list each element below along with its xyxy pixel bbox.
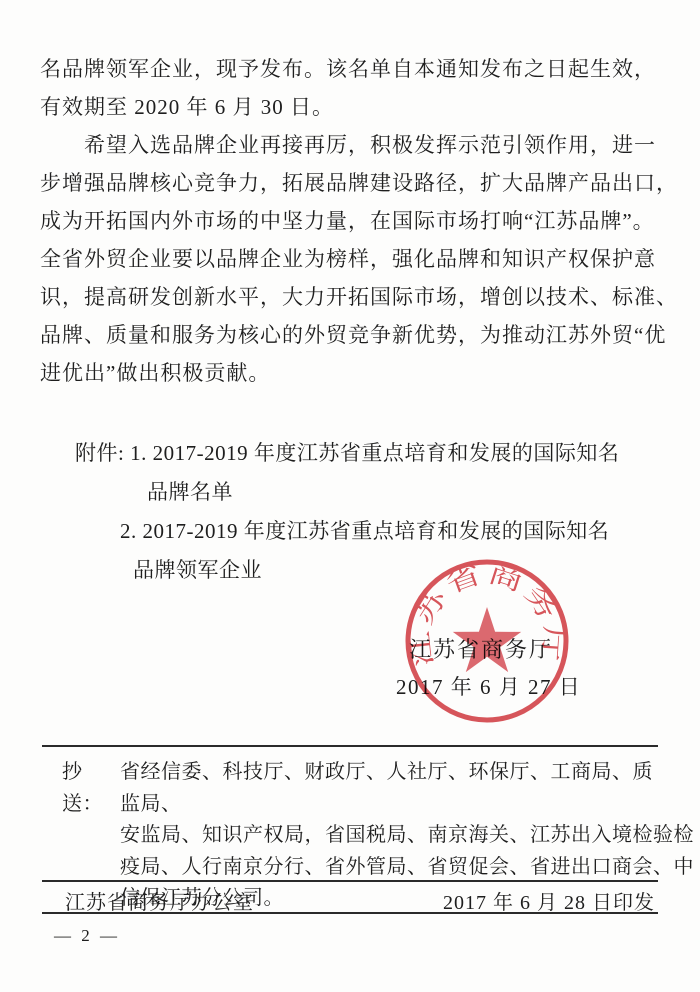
body-line: 品牌、质量和服务为核心的外贸竞争新优势，为推动江苏外贸“优 — [40, 316, 664, 354]
official-seal: 江苏省商务厅 — [399, 553, 577, 733]
attachment-line: 2. 2017-2019 年度江苏省重点培育和发展的国际知名 — [75, 512, 655, 551]
body-line: 名品牌领军企业，现予发布。该名单自本通知发布之日起生效， — [40, 50, 664, 88]
cc-line: 安监局、知识产权局，省国税局、南京海关、江苏出入境检验检 — [62, 820, 662, 852]
body-line: 步增强品牌核心竞争力，拓展品牌建设路径，扩大品牌产品出口， — [40, 164, 664, 202]
cc-label: 抄送： — [62, 757, 120, 820]
body-text: 名品牌领军企业，现予发布。该名单自本通知发布之日起生效， 有效期至 2020 年… — [40, 50, 664, 392]
star-icon — [453, 607, 521, 672]
body-line: 成为开拓国内外市场的中坚力量，在国际市场打响“江苏品牌”。 — [40, 202, 664, 240]
attachment-line: 品牌名单 — [75, 473, 655, 512]
print-date: 2017 年 6 月 28 日印发 — [443, 886, 655, 915]
divider-top — [42, 745, 658, 747]
issuing-office: 江苏省商务厅办公室 — [65, 886, 254, 915]
attachment-line: 附件: 1. 2017-2019 年度江苏省重点培育和发展的国际知名 — [75, 434, 655, 473]
footer-line: 江苏省商务厅办公室 2017 年 6 月 28 日印发 — [65, 886, 655, 915]
document-page: 名品牌领军企业，现予发布。该名单自本通知发布之日起生效， 有效期至 2020 年… — [0, 0, 700, 992]
body-line: 希望入选品牌企业再接再厉，积极发挥示范引领作用，进一 — [40, 126, 664, 164]
body-line: 识，提高研发创新水平，大力开拓国际市场，增创以技术、标准、 — [40, 278, 664, 316]
body-line: 有效期至 2020 年 6 月 30 日。 — [40, 88, 664, 126]
body-line: 全省外贸企业要以品牌企业为榜样，强化品牌和知识产权保护意 — [40, 240, 664, 278]
cc-line: 疫局、人行南京分行、省外管局、省贸促会、省进出口商会、中 — [62, 852, 662, 884]
cc-line: 省经信委、科技厅、财政厅、人社厅、环保厅、工商局、质监局、 — [120, 757, 662, 820]
body-line: 进优出”做出积极贡献。 — [40, 354, 664, 392]
page-number: — 2 — — [54, 926, 120, 946]
